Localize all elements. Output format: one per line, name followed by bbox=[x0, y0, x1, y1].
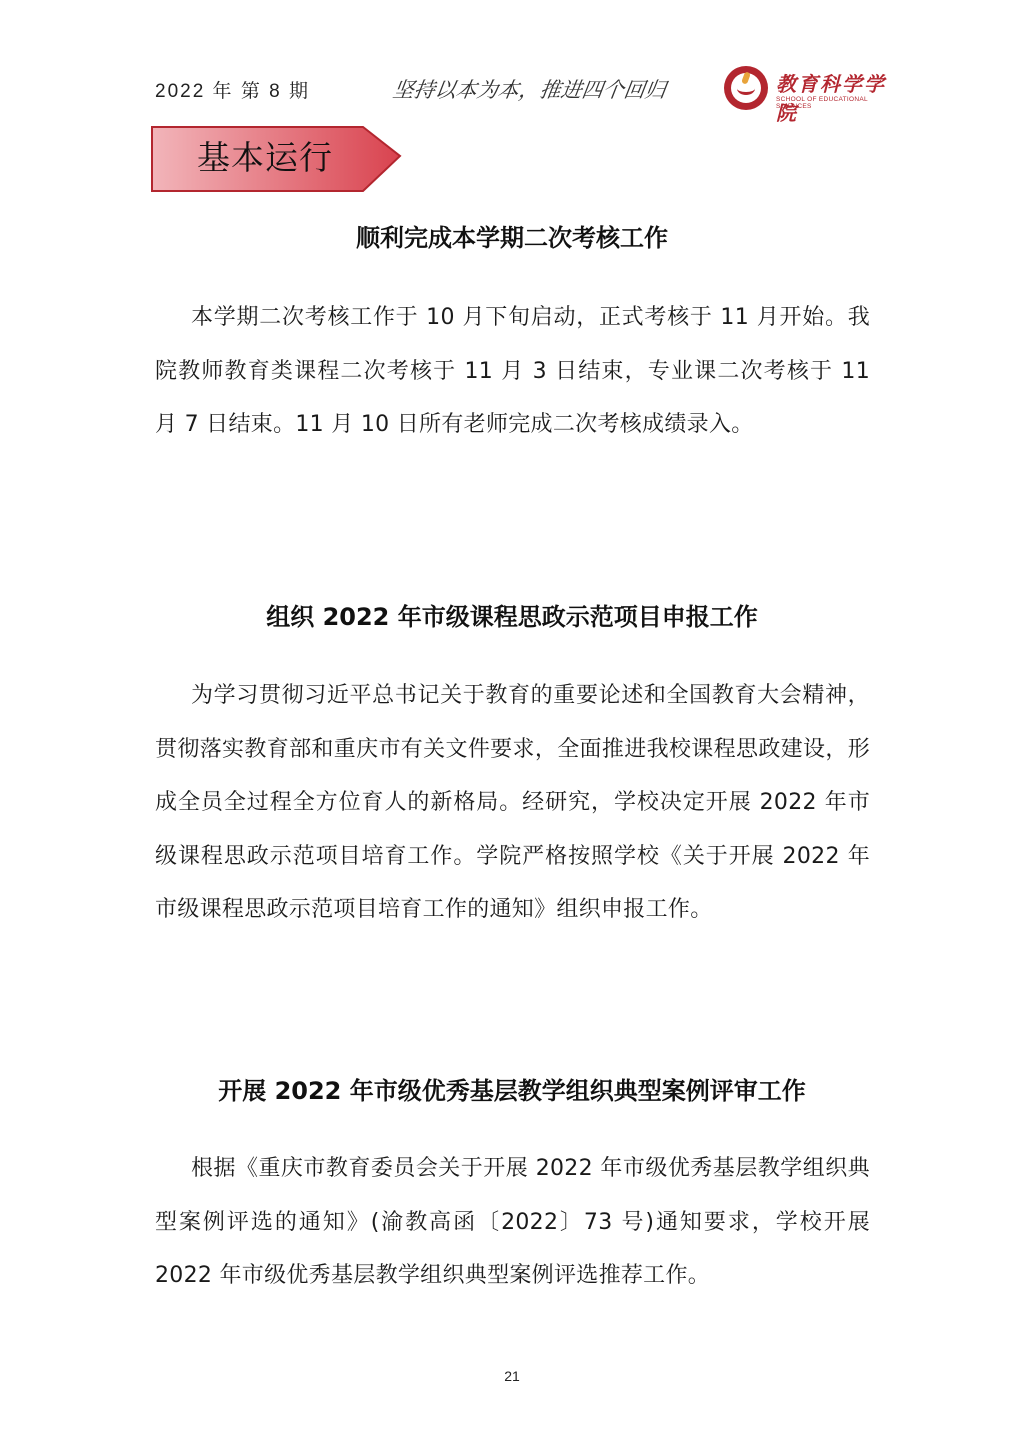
motto-text: 坚持以本为本，推进四个回归 bbox=[391, 74, 668, 104]
section-banner: 基本运行 bbox=[151, 118, 401, 192]
page-header: 2022 年 第 8 期 坚持以本为本，推进四个回归 教育科学学院 SCHOOL… bbox=[0, 0, 1024, 110]
page-number: 21 bbox=[0, 1368, 1024, 1384]
banner-label: 基本运行 bbox=[197, 132, 333, 179]
section-title-3: 开展 2022 年市级优秀基层教学组织典型案例评审工作 bbox=[0, 1071, 1024, 1106]
section-paragraph-1: 本学期二次考核工作于 10 月下旬启动，正式考核于 11 月开始。我院教师教育类… bbox=[155, 291, 870, 452]
issue-label: 2022 年 第 8 期 bbox=[155, 76, 310, 103]
section-paragraph-2: 为学习贯彻习近平总书记关于教育的重要论述和全国教育大会精神，贯彻落实教育部和重庆… bbox=[155, 669, 870, 937]
logo-subtitle: SCHOOL OF EDUCATIONAL SCIENCES bbox=[776, 96, 904, 110]
school-emblem-icon bbox=[724, 66, 768, 110]
section-paragraph-3: 根据《重庆市教育委员会关于开展 2022 年市级优秀基层教学组织典型案例评选的通… bbox=[155, 1142, 870, 1303]
school-logo: 教育科学学院 SCHOOL OF EDUCATIONAL SCIENCES bbox=[724, 66, 904, 112]
section-title-1: 顺利完成本学期二次考核工作 bbox=[0, 218, 1024, 253]
section-title-2: 组织 2022 年市级课程思政示范项目申报工作 bbox=[0, 597, 1024, 632]
